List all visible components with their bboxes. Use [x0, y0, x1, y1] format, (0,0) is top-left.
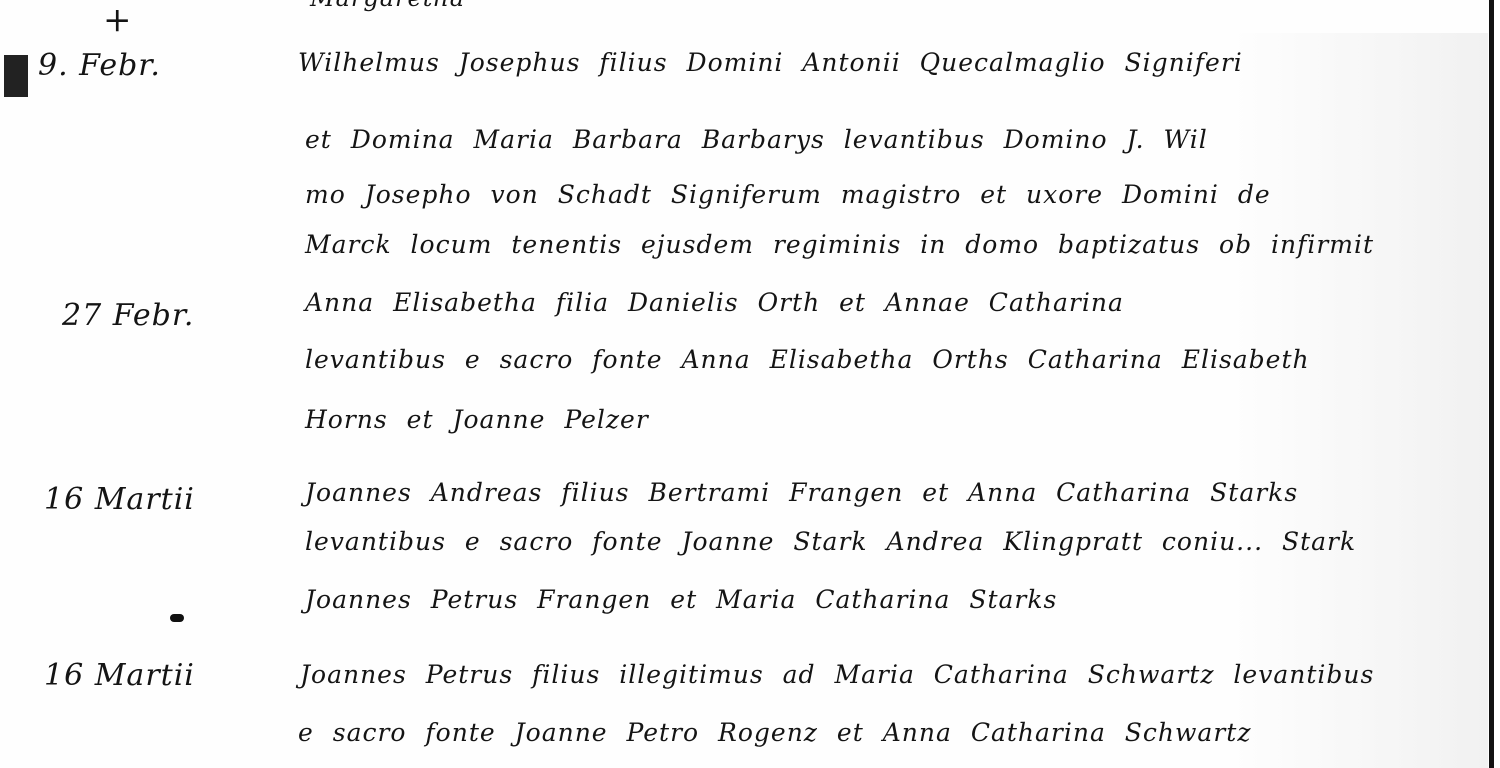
entry-date: 16 Martii: [44, 658, 195, 693]
entry-line: Anna Elisabetha filia Danielis Orth et A…: [305, 288, 1124, 317]
page-edge-line: [1489, 0, 1494, 768]
entry-line: Joannes Petrus filius illegitimus ad Mar…: [300, 660, 1374, 689]
entry-line: levantibus e sacro fonte Joanne Stark An…: [305, 527, 1356, 556]
cross-mark: +: [103, 0, 133, 40]
entry-line: mo Josepho von Schadt Signiferum magistr…: [305, 180, 1271, 209]
entry-line: Joannes Petrus Frangen et Maria Catharin…: [305, 585, 1057, 614]
scan-shading: [1228, 33, 1488, 768]
entry-line: Horns et Joanne Pelzer: [305, 405, 649, 434]
entry-date: 16 Martii: [44, 482, 195, 517]
register-page: + Margaretha 9. Febr. Wilhelmus Josephus…: [0, 0, 1500, 768]
entry-line: levantibus e sacro fonte Anna Elisabetha…: [305, 345, 1310, 374]
entry-line: Marck locum tenentis ejusdem regiminis i…: [305, 230, 1374, 259]
entry-line: et Domina Maria Barbara Barbarys levanti…: [305, 125, 1208, 154]
entry-date: 9. Febr.: [38, 48, 161, 83]
entry-line: e sacro fonte Joanne Petro Rogenz et Ann…: [298, 718, 1252, 747]
entry-line: Wilhelmus Josephus filius Domini Antonii…: [298, 48, 1243, 77]
entry-line: Joannes Andreas filius Bertrami Frangen …: [305, 478, 1298, 507]
top-fragment-text: Margaretha: [310, 0, 465, 12]
ink-mark: [170, 614, 184, 622]
ink-blot: [4, 55, 28, 97]
entry-date: 27 Febr.: [62, 298, 194, 333]
